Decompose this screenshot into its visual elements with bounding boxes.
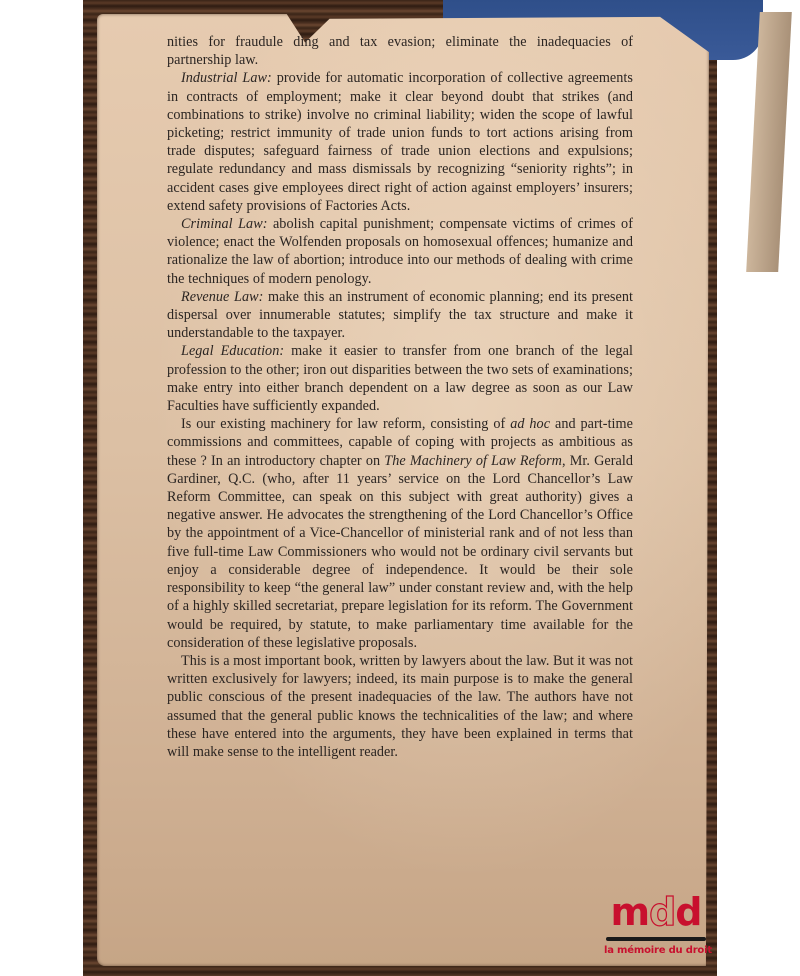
section-lead: Legal Education: xyxy=(181,343,284,359)
section-lead: Criminal Law: xyxy=(181,216,267,232)
paragraph-revenue-law: Revenue Law: make this an instrument of … xyxy=(167,288,633,343)
section-lead: Industrial Law: xyxy=(181,70,272,86)
paragraph-closing: This is a most important book, written b… xyxy=(167,652,633,761)
paragraph-legal-education: Legal Education: make it easier to trans… xyxy=(167,342,633,415)
logo-mark: mdd xyxy=(604,893,708,931)
paragraph-industrial-law: Industrial Law: provide for automatic in… xyxy=(167,69,633,215)
logo-underline xyxy=(606,937,706,941)
paragraph-intro: nities for fraudule ding and tax evasion… xyxy=(167,33,633,69)
section-lead: Revenue Law: xyxy=(181,289,263,305)
paragraph-criminal-law: Criminal Law: abolish capital punishment… xyxy=(167,215,633,288)
paragraph-machinery: Is our existing machinery for law reform… xyxy=(167,415,633,652)
mdd-logo: mdd la mémoire du droit xyxy=(604,893,708,956)
logo-tagline: la mémoire du droit xyxy=(604,945,708,956)
blurb-text: nities for fraudule ding and tax evasion… xyxy=(167,33,633,761)
